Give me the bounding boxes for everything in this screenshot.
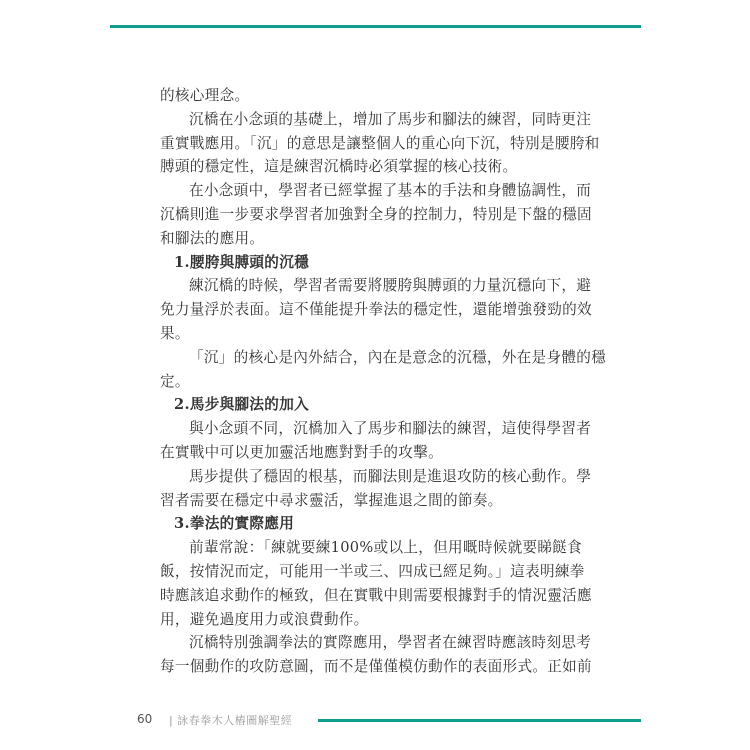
section-heading-3: 3.拳法的實際應用 <box>160 512 560 536</box>
book-title: | 詠春拳木人樁圖解聖經 <box>169 712 292 728</box>
text-line: 的核心理念。 <box>160 84 560 108</box>
text-line: 時應該追求動作的極致，但在實戰中則需要根據對手的情況靈活應 <box>160 584 560 608</box>
text-line: 與小念頭不同，沉橋加入了馬步和腳法的練習，這使得學習者 <box>160 417 560 441</box>
text-line: 在實戰中可以更加靈活地應對對手的攻擊。 <box>160 441 560 465</box>
text-line: 沉橋特別強調拳法的實際應用，學習者在練習時應該時刻思考 <box>160 631 560 655</box>
text-line: 馬步提供了穩固的根基，而腳法則是進退攻防的核心動作。學 <box>160 465 560 489</box>
page-number: 60 <box>137 712 152 726</box>
text-line: 重實戰應用。「沉」的意思是讓整個人的重心向下沉，特別是腰胯和 <box>160 132 560 156</box>
section-heading-2: 2.馬步與腳法的加入 <box>160 393 560 417</box>
text-line: 沉橋則進一步要求學習者加強對全身的控制力，特別是下盤的穩固 <box>160 203 560 227</box>
text-line: 和腳法的應用。 <box>160 227 560 251</box>
footer-rule <box>318 719 641 722</box>
text-line: 膊頭的穩定性，這是練習沉橋時必須掌握的核心技術。 <box>160 155 560 179</box>
text-line: 免力量浮於表面。這不僅能提升拳法的穩定性，還能增強發勁的效 <box>160 298 560 322</box>
section-heading-1: 1.腰胯與膊頭的沉穩 <box>160 251 560 275</box>
text-line: 練沉橋的時候，學習者需要將腰胯與膊頭的力量沉穩向下，避 <box>160 274 560 298</box>
text-line: 飯，按情況而定，可能用一半或三、四成已經足夠。」這表明練拳 <box>160 560 560 584</box>
text-line: 沉橋在小念頭的基礎上，增加了馬步和腳法的練習，同時更注 <box>160 108 560 132</box>
text-line: 在小念頭中，學習者已經掌握了基本的手法和身體協調性，而 <box>160 179 560 203</box>
text-line: 每一個動作的攻防意圖，而不是僅僅模仿動作的表面形式。正如前 <box>160 655 560 679</box>
text-line: 用，避免過度用力或浪費動作。 <box>160 608 560 632</box>
text-line: 前輩常說：「練就要練100%或以上，但用嘅時候就要睇餸食 <box>160 536 560 560</box>
header-rule <box>110 25 641 28</box>
text-line: 「沉」的核心是內外結合，內在是意念的沉穩，外在是身體的穩 <box>160 346 560 370</box>
text-line: 定。 <box>160 370 560 394</box>
page-body: 的核心理念。 沉橋在小念頭的基礎上，增加了馬步和腳法的練習，同時更注 重實戰應用… <box>160 84 560 679</box>
text-line: 習者需要在穩定中尋求靈活，掌握進退之間的節奏。 <box>160 489 560 513</box>
text-line: 果。 <box>160 322 560 346</box>
page-footer: 60 | 詠春拳木人樁圖解聖經 <box>0 709 750 739</box>
